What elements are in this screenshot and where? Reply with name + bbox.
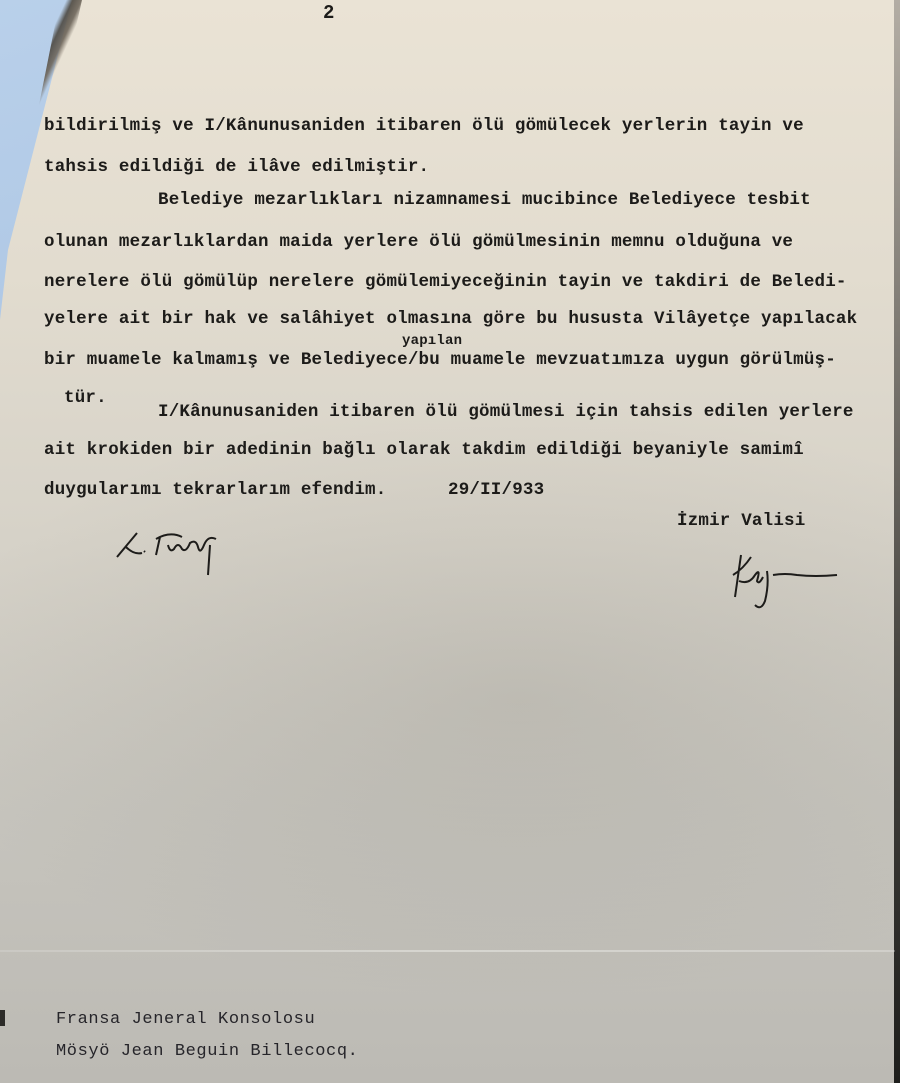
handwritten-initials-icon: [112, 525, 252, 580]
addressee-title: Fransa Jeneral Konsolosu: [56, 1010, 315, 1029]
body-line-1: bildirilmiş ve I/Kânunusaniden itibaren …: [44, 116, 804, 136]
body-line-8: tür.: [64, 388, 107, 408]
body-line-4: olunan mezarlıklardan maida yerlere ölü …: [44, 232, 793, 252]
signature-left: [112, 525, 252, 580]
body-line-2: tahsis edildiği de ilâve edilmiştir.: [44, 157, 429, 177]
letter-date: 29/II/933: [448, 480, 544, 500]
interlinear-insert: yapılan: [402, 333, 462, 349]
body-line-6: yelere ait bir hak ve salâhiyet olmasına…: [44, 309, 857, 329]
signatory-title: İzmir Valisi: [677, 511, 805, 531]
right-page-edge: [894, 0, 900, 1083]
signature-right: [725, 545, 845, 615]
addressee-name: Mösyö Jean Beguin Billecocq.: [56, 1042, 358, 1061]
handwritten-signature-icon: [725, 545, 845, 615]
body-line-3: Belediye mezarlıkları nizamnamesi mucibi…: [158, 190, 811, 210]
body-line-9: I/Kânunusaniden itibaren ölü gömülmesi i…: [158, 402, 854, 422]
body-line-11: duygularımı tekrarlarım efendim.: [44, 480, 386, 500]
body-line-7: bir muamele kalmamış ve Belediyece/bu mu…: [44, 350, 836, 370]
paper-fold-line: [0, 950, 895, 952]
margin-mark: [0, 1010, 5, 1026]
page-number: 2: [323, 2, 335, 24]
body-line-5: nerelere ölü gömülüp nerelere gömülemiye…: [44, 272, 847, 292]
body-line-10: ait krokiden bir adedinin bağlı olarak t…: [44, 440, 804, 460]
